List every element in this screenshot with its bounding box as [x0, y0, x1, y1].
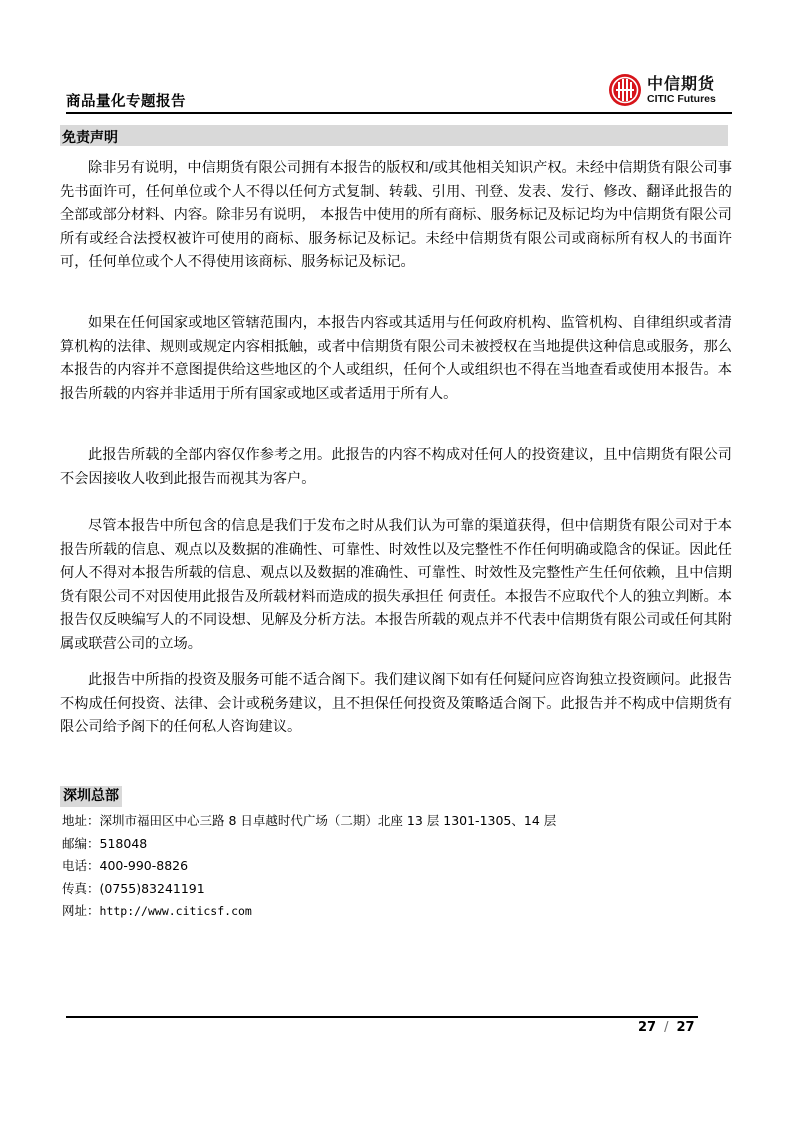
disclaimer-paragraph-3: 此报告所载的全部内容仅作参考之用。此报告的内容不构成对任何人的投资建议，且中信期…: [60, 444, 732, 491]
phone-row: 电话：400-990-8826: [62, 855, 556, 878]
postcode-label: 邮编：: [62, 836, 100, 851]
phone-value: 400-990-8826: [100, 858, 189, 873]
address-value: 深圳市福田区中心三路 8 日卓越时代广场（二期）北座 13 层 1301-130…: [100, 813, 557, 828]
paragraph-text: 除非另有说明，中信期货有限公司拥有本报告的版权和/或其他相关知识产权。未经中信期…: [60, 157, 732, 275]
total-pages: 27: [676, 1020, 694, 1035]
logo-name-cn: 中信期货: [647, 76, 716, 92]
paragraph-text: 此报告所载的全部内容仅作参考之用。此报告的内容不构成对任何人的投资建议，且中信期…: [60, 444, 732, 491]
footer-divider: [66, 1016, 698, 1018]
disclaimer-paragraph-2: 如果在任何国家或地区管辖范围内，本报告内容或其适用与任何政府机构、监管机构、自律…: [60, 312, 732, 406]
fax-label: 传真：: [62, 881, 100, 896]
postcode-value: 518048: [100, 836, 148, 851]
paragraph-text: 尽管本报告中所包含的信息是我们于发布之时从我们认为可靠的渠道获得，但中信期货有限…: [60, 515, 732, 656]
disclaimer-heading-bar: 免责声明: [60, 125, 728, 146]
disclaimer-paragraph-5: 此报告中所指的投资及服务可能不适合阁下。我们建议阁下如有任何疑问应咨询独立投资顾…: [60, 669, 732, 740]
address-row: 地址：深圳市福田区中心三路 8 日卓越时代广场（二期）北座 13 层 1301-…: [62, 810, 556, 833]
paragraph-text: 如果在任何国家或地区管辖范围内，本报告内容或其适用与任何政府机构、监管机构、自律…: [60, 312, 732, 406]
page-number: 27/27: [638, 1020, 695, 1035]
contact-info: 地址：深圳市福田区中心三路 8 日卓越时代广场（二期）北座 13 层 1301-…: [62, 810, 556, 923]
logo-name-en: CITIC Futures: [647, 94, 716, 105]
fax-row: 传真：(0755)83241191: [62, 878, 556, 901]
disclaimer-paragraph-1: 除非另有说明，中信期货有限公司拥有本报告的版权和/或其他相关知识产权。未经中信期…: [60, 157, 732, 275]
citic-logo-icon: [608, 73, 642, 107]
current-page: 27: [638, 1020, 656, 1035]
disclaimer-heading: 免责声明: [62, 127, 118, 147]
headquarters-heading: 深圳总部: [60, 786, 122, 807]
phone-label: 电话：: [62, 858, 100, 873]
header-divider: [66, 112, 732, 114]
fax-value: (0755)83241191: [100, 881, 205, 896]
website-link[interactable]: http://www.citicsf.com: [100, 904, 252, 918]
company-logo: 中信期货 CITIC Futures: [608, 73, 716, 107]
disclaimer-paragraph-4: 尽管本报告中所包含的信息是我们于发布之时从我们认为可靠的渠道获得，但中信期货有限…: [60, 515, 732, 656]
website-row: 网址：http://www.citicsf.com: [62, 900, 556, 923]
report-type-title: 商品量化专题报告: [66, 90, 186, 111]
address-label: 地址：: [62, 813, 100, 828]
paragraph-text: 此报告中所指的投资及服务可能不适合阁下。我们建议阁下如有任何疑问应咨询独立投资顾…: [60, 669, 732, 740]
website-label: 网址：: [62, 903, 100, 918]
page-separator: /: [664, 1020, 668, 1035]
postcode-row: 邮编：518048: [62, 833, 556, 856]
